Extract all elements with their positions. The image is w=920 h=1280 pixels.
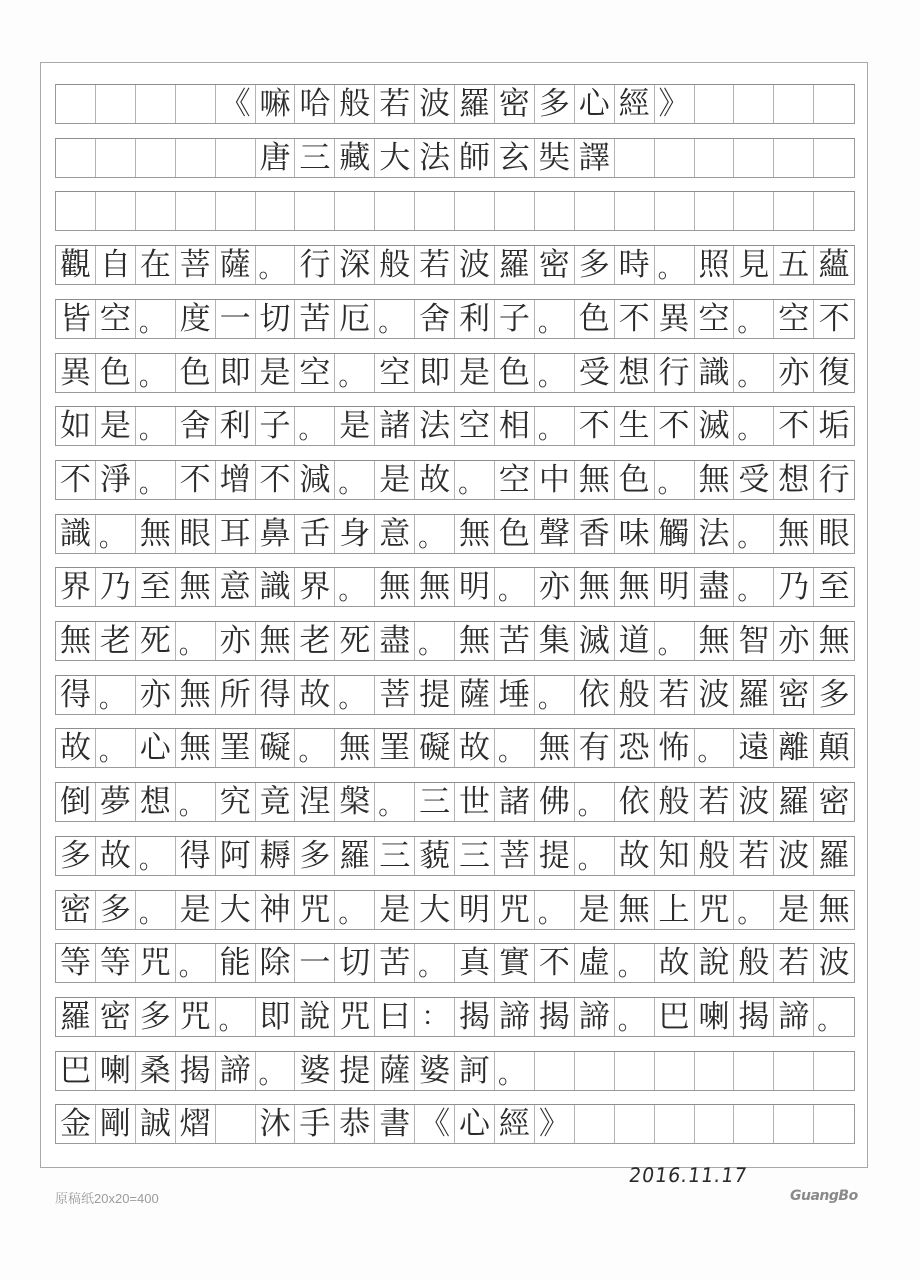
grid-cell: 。 <box>136 891 176 929</box>
grid-cell: 。 <box>96 515 136 553</box>
grid-cell: 有 <box>575 729 615 767</box>
grid-cell: 死 <box>335 622 375 660</box>
grid-cell: 。 <box>615 998 655 1036</box>
grid-cell: 三 <box>455 837 495 875</box>
grid-cell: 蘊 <box>814 246 854 284</box>
grid-cell: 無 <box>375 568 415 606</box>
grid-cell: 異 <box>56 354 96 392</box>
grid-cell: 大 <box>375 139 415 177</box>
grid-cell: 訶 <box>455 1052 495 1090</box>
grid-cell: 深 <box>335 246 375 284</box>
grid-cell: 是 <box>455 354 495 392</box>
grid-cell: 。 <box>535 300 575 338</box>
grid-cell: 礙 <box>256 729 296 767</box>
grid-cell: 見 <box>734 246 774 284</box>
grid-cell: 般 <box>695 837 735 875</box>
grid-cell: 揭 <box>734 998 774 1036</box>
grid-cell: 。 <box>375 300 415 338</box>
grid-cell-empty <box>56 192 96 230</box>
grid-cell: ： <box>415 998 455 1036</box>
grid-cell: 味 <box>615 515 655 553</box>
grid-cell-empty <box>814 139 854 177</box>
grid-cell: 鼻 <box>256 515 296 553</box>
grid-cell: 死 <box>136 622 176 660</box>
grid-cell: 等 <box>96 944 136 982</box>
grid-cell: 離 <box>774 729 814 767</box>
grid-cell: 子 <box>495 300 535 338</box>
grid-cell: 無 <box>335 729 375 767</box>
grid-cell: 》 <box>535 1105 575 1143</box>
grid-cell: 喇 <box>96 1052 136 1090</box>
grid-cell-empty <box>295 192 335 230</box>
grid-cell: 薩 <box>375 1052 415 1090</box>
grid-cell: 大 <box>415 891 455 929</box>
grid-cell: 。 <box>335 676 375 714</box>
grid-cell: 。 <box>136 837 176 875</box>
grid-cell: 怖 <box>655 729 695 767</box>
grid-cell: 識 <box>695 354 735 392</box>
grid-cell: 倒 <box>56 783 96 821</box>
grid-cell: 槃 <box>335 783 375 821</box>
grid-cell: 不 <box>256 461 296 499</box>
grid-cell: 得 <box>56 676 96 714</box>
grid-cell-empty <box>774 1105 814 1143</box>
grid-cell: 。 <box>734 568 774 606</box>
grid-cell: 空 <box>774 300 814 338</box>
grid-cell: 亦 <box>136 676 176 714</box>
grid-cell: 空 <box>96 300 136 338</box>
grid-cell: 生 <box>615 407 655 445</box>
grid-cell: 諦 <box>495 998 535 1036</box>
grid-cell: 無 <box>695 461 735 499</box>
grid-cell: 竟 <box>256 783 296 821</box>
grid-cell-empty <box>575 1052 615 1090</box>
grid-cell: 是 <box>575 891 615 929</box>
grid-cell: 羅 <box>734 676 774 714</box>
grid-cell: 無 <box>814 891 854 929</box>
grid-cell: 嘛 <box>256 85 296 123</box>
grid-cell: 羅 <box>774 783 814 821</box>
grid-cell: 多 <box>295 837 335 875</box>
grid-cell-empty <box>256 192 296 230</box>
grid-cell: 即 <box>415 354 455 392</box>
grid-cell: 罣 <box>375 729 415 767</box>
grid-cell: 。 <box>96 676 136 714</box>
grid-cell: 三 <box>295 139 335 177</box>
grid-cell: 手 <box>295 1105 335 1143</box>
grid-cell: 揭 <box>455 998 495 1036</box>
grid-cell-empty <box>734 1052 774 1090</box>
grid-cell-empty <box>56 85 96 123</box>
grid-row: 觀自在菩薩。行深般若波羅密多時。照見五蘊 <box>55 245 855 285</box>
grid-cell: 波 <box>734 783 774 821</box>
grid-cell: 波 <box>415 85 455 123</box>
grid-cell: 羅 <box>814 837 854 875</box>
grid-cell: 不 <box>814 300 854 338</box>
grid-cell: 無 <box>615 568 655 606</box>
grid-cell: 知 <box>655 837 695 875</box>
grid-cell: 夢 <box>96 783 136 821</box>
grid-cell: 。 <box>655 246 695 284</box>
grid-cell: 。 <box>335 461 375 499</box>
grid-cell: 無 <box>176 676 216 714</box>
grid-cell: 香 <box>575 515 615 553</box>
grid-cell: 明 <box>455 891 495 929</box>
handwritten-date: 2016.11.17 <box>627 1163 749 1187</box>
grid-cell: 阿 <box>216 837 256 875</box>
grid-cell: 想 <box>615 354 655 392</box>
grid-cell: 不 <box>56 461 96 499</box>
grid-cell-empty <box>774 85 814 123</box>
grid-cell: 諸 <box>375 407 415 445</box>
grid-cell: 。 <box>535 354 575 392</box>
grid-row: 故。心無罣礙。無罣礙故。無有恐怖。遠離顛 <box>55 728 855 768</box>
grid-cell: 菩 <box>495 837 535 875</box>
grid-cell: 觀 <box>56 246 96 284</box>
grid-cell-empty <box>734 85 774 123</box>
grid-row: 不淨。不增不減。是故。空中無色。無受想行 <box>55 460 855 500</box>
grid-cell: 不 <box>176 461 216 499</box>
grid-cell-empty <box>535 1052 575 1090</box>
grid-cell: 不 <box>655 407 695 445</box>
grid-cell: 。 <box>295 729 335 767</box>
grid-cell: 空 <box>495 461 535 499</box>
grid-cell: 。 <box>415 622 455 660</box>
grid-cell: 多 <box>575 246 615 284</box>
grid-cell-empty <box>695 139 735 177</box>
grid-cell: 。 <box>136 354 176 392</box>
grid-cell: 婆 <box>415 1052 455 1090</box>
grid-cell: 意 <box>216 568 256 606</box>
grid-cell: 。 <box>814 998 854 1036</box>
grid-cell: 不 <box>774 407 814 445</box>
grid-cell: 色 <box>575 300 615 338</box>
grid-cell: 罣 <box>216 729 256 767</box>
grid-cell: 故 <box>56 729 96 767</box>
grid-cell: 菩 <box>176 246 216 284</box>
grid-cell: 苦 <box>375 944 415 982</box>
grid-cell: 薩 <box>216 246 256 284</box>
grid-cell: 顛 <box>814 729 854 767</box>
grid-cell: 。 <box>256 246 296 284</box>
grid-cell: 無 <box>575 461 615 499</box>
grid-cell: 除 <box>256 944 296 982</box>
grid-cell: 無 <box>575 568 615 606</box>
grid-cell-empty <box>136 192 176 230</box>
grid-cell: 。 <box>535 676 575 714</box>
grid-cell-empty <box>335 192 375 230</box>
grid-cell: 色 <box>495 354 535 392</box>
grid-cell: 無 <box>136 515 176 553</box>
grid-cell: 密 <box>56 891 96 929</box>
grid-cell: 復 <box>814 354 854 392</box>
grid-cell: 界 <box>56 568 96 606</box>
grid-cell: 。 <box>136 407 176 445</box>
grid-cell: 想 <box>774 461 814 499</box>
grid-cell: 不 <box>535 944 575 982</box>
grid-cell: 是 <box>335 407 375 445</box>
grid-cell: 一 <box>216 300 256 338</box>
grid-cell: 。 <box>176 944 216 982</box>
grid-cell: 行 <box>655 354 695 392</box>
grid-cell: 藐 <box>415 837 455 875</box>
grid-cell: 咒 <box>335 998 375 1036</box>
grid-cell: 三 <box>415 783 455 821</box>
grid-row: 唐三藏大法師玄奘譯 <box>55 138 855 178</box>
grid-cell-empty <box>734 1105 774 1143</box>
grid-cell: 金 <box>56 1105 96 1143</box>
grid-cell: 垢 <box>814 407 854 445</box>
grid-cell: 哈 <box>295 85 335 123</box>
grid-cell: 明 <box>655 568 695 606</box>
grid-cell: 藏 <box>335 139 375 177</box>
grid-cell: 即 <box>256 998 296 1036</box>
grid-cell: 是 <box>774 891 814 929</box>
grid-cell: 諦 <box>774 998 814 1036</box>
grid-cell: 密 <box>814 783 854 821</box>
grid-cell: 空 <box>295 354 335 392</box>
grid-cell: 皆 <box>56 300 96 338</box>
grid-cell: 。 <box>495 729 535 767</box>
grid-cell: 能 <box>216 944 256 982</box>
grid-cell: 等 <box>56 944 96 982</box>
grid-cell: 。 <box>335 568 375 606</box>
grid-cell: 。 <box>96 729 136 767</box>
grid-cell-empty <box>96 85 136 123</box>
grid-cell: 眼 <box>176 515 216 553</box>
grid-cell: 無 <box>56 622 96 660</box>
grid-cell-empty <box>176 192 216 230</box>
grid-row: 巴喇桑揭諦。婆提薩婆訶。 <box>55 1051 855 1091</box>
grid-cell: 經 <box>495 1105 535 1143</box>
grid-cell-empty <box>415 192 455 230</box>
grid-cell: 羅 <box>56 998 96 1036</box>
grid-cell: 在 <box>136 246 176 284</box>
grid-cell: 集 <box>535 622 575 660</box>
grid-cell: 是 <box>375 891 415 929</box>
grid-cell: 厄 <box>335 300 375 338</box>
grid-cell: 》 <box>655 85 695 123</box>
grid-cell: 諦 <box>575 998 615 1036</box>
grid-cell: 咒 <box>295 891 335 929</box>
grid-cell-empty <box>495 192 535 230</box>
grid-cell: 若 <box>375 85 415 123</box>
grid-cell: 切 <box>335 944 375 982</box>
grid-cell: 波 <box>814 944 854 982</box>
grid-cell: 色 <box>495 515 535 553</box>
grid-cell-empty <box>216 139 256 177</box>
grid-cell: 神 <box>256 891 296 929</box>
grid-cell: 。 <box>655 622 695 660</box>
grid-cell: 。 <box>695 729 735 767</box>
grid-cell: 。 <box>295 407 335 445</box>
grid-cell: 即 <box>216 354 256 392</box>
grid-cell: 身 <box>335 515 375 553</box>
grid-cell: 。 <box>415 515 455 553</box>
grid-cell: 心 <box>575 85 615 123</box>
grid-cell: 譯 <box>575 139 615 177</box>
grid-cell: 。 <box>176 622 216 660</box>
grid-cell: 中 <box>535 461 575 499</box>
grid-cell: 沐 <box>256 1105 296 1143</box>
grid-cell-empty <box>814 1052 854 1090</box>
grid-cell: 無 <box>256 622 296 660</box>
grid-cell: 。 <box>136 461 176 499</box>
grid-cell: 道 <box>615 622 655 660</box>
grid-cell: 切 <box>256 300 296 338</box>
grid-row: 等等咒。能除一切苦。真實不虛。故說般若波 <box>55 943 855 983</box>
grid-row: 多故。得阿耨多羅三藐三菩提。故知般若波羅 <box>55 836 855 876</box>
grid-cell: 不 <box>615 300 655 338</box>
grid-cell: 說 <box>695 944 735 982</box>
grid-cell: 時 <box>615 246 655 284</box>
grid-cell: 是 <box>96 407 136 445</box>
grid-cell-empty <box>375 192 415 230</box>
grid-cell: 法 <box>415 139 455 177</box>
grid-cell: 經 <box>615 85 655 123</box>
grid-cell: 諸 <box>495 783 535 821</box>
grid-cell: 耨 <box>256 837 296 875</box>
grid-cell: 埵 <box>495 676 535 714</box>
grid-cell-empty <box>814 1105 854 1143</box>
grid-cell: 增 <box>216 461 256 499</box>
grid-cell-empty <box>655 1052 695 1090</box>
grid-cell: 。 <box>495 1052 535 1090</box>
grid-cell: 無 <box>176 568 216 606</box>
grid-cell-empty <box>575 1105 615 1143</box>
grid-cell-empty <box>216 1105 256 1143</box>
grid-cell: 密 <box>96 998 136 1036</box>
paper-spec-label: 原稿纸20x20=400 <box>55 1188 159 1207</box>
grid-cell: 相 <box>495 407 535 445</box>
grid-cell: 恭 <box>335 1105 375 1143</box>
grid-cell: 涅 <box>295 783 335 821</box>
grid-cell: 受 <box>734 461 774 499</box>
grid-cell: 喇 <box>695 998 735 1036</box>
grid-cell: 利 <box>455 300 495 338</box>
grid-cell: 咒 <box>495 891 535 929</box>
grid-cell-empty <box>136 139 176 177</box>
grid-cell: 若 <box>415 246 455 284</box>
grid-cell: 如 <box>56 407 96 445</box>
grid-cell: 依 <box>575 676 615 714</box>
grid-cell: 密 <box>495 85 535 123</box>
grid-cell: 耳 <box>216 515 256 553</box>
grid-cell: 佛 <box>535 783 575 821</box>
grid-cell-empty <box>56 139 96 177</box>
grid-cell-empty <box>615 192 655 230</box>
grid-cell: 滅 <box>695 407 735 445</box>
grid-cell: 薩 <box>455 676 495 714</box>
grid-cell: 乃 <box>774 568 814 606</box>
grid-cell: 老 <box>96 622 136 660</box>
grid-cell: 提 <box>415 676 455 714</box>
grid-cell: 舌 <box>295 515 335 553</box>
grid-cell: 眼 <box>814 515 854 553</box>
grid-cell-empty <box>695 85 735 123</box>
grid-cell: 恐 <box>615 729 655 767</box>
grid-cell: 利 <box>216 407 256 445</box>
grid-cell: 是 <box>176 891 216 929</box>
grid-cell: 提 <box>535 837 575 875</box>
grid-cell: 。 <box>455 461 495 499</box>
grid-row: 無老死。亦無老死盡。無苦集滅道。無智亦無 <box>55 621 855 661</box>
grid-cell: 。 <box>734 891 774 929</box>
grid-cell: 。 <box>575 837 615 875</box>
grid-cell: 無 <box>814 622 854 660</box>
grid-row: 界乃至無意識界。無無明。亦無無明盡。乃至 <box>55 567 855 607</box>
grid-cell: 。 <box>415 944 455 982</box>
grid-cell: 羅 <box>335 837 375 875</box>
grid-cell: 巴 <box>56 1052 96 1090</box>
grid-cell: 故 <box>615 837 655 875</box>
grid-cell: 空 <box>455 407 495 445</box>
grid-row: 倒夢想。究竟涅槃。三世諸佛。依般若波羅密 <box>55 782 855 822</box>
grid-cell: 婆 <box>295 1052 335 1090</box>
grid-cell-empty <box>176 139 216 177</box>
grid-row: 羅密多咒。即說咒曰：揭諦揭諦。巴喇揭諦。 <box>55 997 855 1037</box>
grid-cell: 想 <box>136 783 176 821</box>
grid-cell: 三 <box>375 837 415 875</box>
grid-cell: 。 <box>375 783 415 821</box>
grid-cell: 識 <box>56 515 96 553</box>
grid-cell: 是 <box>375 461 415 499</box>
grid-cell: 若 <box>695 783 735 821</box>
grid-cell: 色 <box>96 354 136 392</box>
grid-cell: 咒 <box>136 944 176 982</box>
grid-cell: 得 <box>176 837 216 875</box>
grid-cell: 揭 <box>535 998 575 1036</box>
grid-cell: 子 <box>256 407 296 445</box>
grid-cell: 。 <box>575 783 615 821</box>
grid-cell: 智 <box>734 622 774 660</box>
grid-cell-empty <box>96 139 136 177</box>
grid-cell: 遠 <box>734 729 774 767</box>
grid-cell: 故 <box>295 676 335 714</box>
grid-cell-empty <box>655 1105 695 1143</box>
grid-cell-empty <box>774 139 814 177</box>
grid-cell: 苦 <box>495 622 535 660</box>
grid-cell: 心 <box>136 729 176 767</box>
grid-cell: 識 <box>256 568 296 606</box>
grid-cell: 。 <box>256 1052 296 1090</box>
grid-cell: 剛 <box>96 1105 136 1143</box>
grid-cell: 桑 <box>136 1052 176 1090</box>
grid-cell: 上 <box>655 891 695 929</box>
grid-cell: 究 <box>216 783 256 821</box>
grid-cell: 故 <box>96 837 136 875</box>
grid-cell: 多 <box>535 85 575 123</box>
grid-cell: 真 <box>455 944 495 982</box>
grid-cell: 般 <box>335 85 375 123</box>
grid-cell: 無 <box>176 729 216 767</box>
grid-cell: 亦 <box>774 354 814 392</box>
grid-cell: 波 <box>455 246 495 284</box>
grid-cell: 《 <box>415 1105 455 1143</box>
grid-cell: 無 <box>455 515 495 553</box>
grid-cell: 觸 <box>655 515 695 553</box>
grid-cell: 若 <box>734 837 774 875</box>
grid-cell-empty <box>535 192 575 230</box>
grid-cell: 故 <box>655 944 695 982</box>
grid-cell: 羅 <box>495 246 535 284</box>
grid-cell: 。 <box>495 568 535 606</box>
grid-cell: 。 <box>176 783 216 821</box>
grid-cell-empty <box>176 85 216 123</box>
grid-cell: 世 <box>455 783 495 821</box>
grid-cell-empty <box>695 192 735 230</box>
grid-cell: 老 <box>295 622 335 660</box>
